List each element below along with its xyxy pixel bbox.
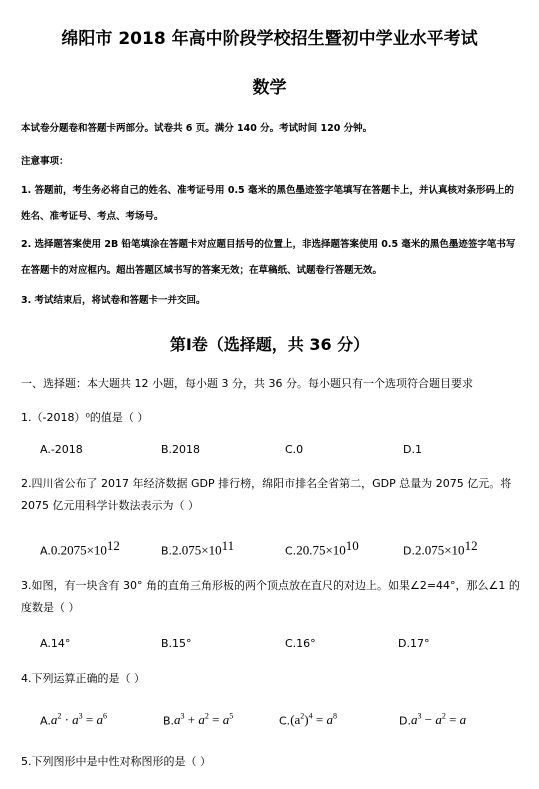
note-item: 3. 考试结束后，将试卷和答题卡一并交回。 — [21, 288, 521, 314]
question-2-stem: 2.四川省公布了 2017 年经济数据 GDP 排行榜，绵阳市排名全省第二，GD… — [21, 473, 521, 517]
notes-heading: 注意事项： — [21, 153, 69, 167]
q1-option-a: A.-2018 — [40, 443, 83, 456]
exam-intro: 本试卷分题卷和答题卡两部分。试卷共 6 页。满分 140 分。考试时间 120 … — [21, 120, 372, 134]
question-5-stem: 5.下列图形中是中性对称图形的是（ ） — [21, 753, 211, 769]
question-1-stem: 1.（-2018）⁰的值是（ ） — [21, 409, 148, 425]
section-title: 第Ⅰ卷（选择题，共 36 分） — [0, 332, 539, 355]
q1-option-b: B.2018 — [161, 443, 200, 456]
note-item: 1. 答题前，考生务必将自己的姓名、准考证号用 0.5 毫米的黑色墨迹签字笔填写… — [21, 178, 521, 230]
q3-option-a: A.14° — [40, 637, 70, 650]
note-item: 2. 选择题答案使用 2B 铅笔填涂在答题卡对应题目括号的位置上，非选择题答案使… — [21, 232, 521, 284]
q2-option-b: B.2.075×1011 — [161, 538, 234, 559]
subject-title: 数学 — [0, 73, 539, 98]
q2-option-d: D.2.075×1012 — [403, 538, 478, 559]
q4-option-d: D.a3 − a2 = a — [399, 712, 466, 728]
q3-option-d: D.17° — [398, 637, 429, 650]
q3-option-c: C.16° — [285, 637, 316, 650]
question-3-stem: 3.如图，有一块含有 30° 角的直角三角形板的两个顶点放在直尺的对边上。如果∠… — [21, 575, 521, 619]
question-4-stem: 4.下列运算正确的是（ ） — [21, 670, 145, 686]
q3-option-b: B.15° — [161, 637, 192, 650]
q2-option-a: A.0.2075×1012 — [40, 538, 120, 559]
exam-title: 绵阳市 2018 年高中阶段学校招生暨初中学业水平考试 — [0, 24, 539, 49]
section-instructions: 一、选择题：本大题共 12 小题，每小题 3 分，共 36 分。每小题只有一个选… — [21, 375, 473, 391]
q4-option-c: C.(a2)4 = a8 — [279, 712, 337, 728]
q1-option-d: D.1 — [403, 443, 422, 456]
q4-option-a: A.a2 · a3 = a6 — [40, 712, 107, 728]
q1-option-c: C.0 — [285, 443, 303, 456]
q2-option-c: C.20.75×1010 — [285, 538, 359, 559]
q4-option-b: B.a3 + a2 = a5 — [163, 712, 233, 728]
